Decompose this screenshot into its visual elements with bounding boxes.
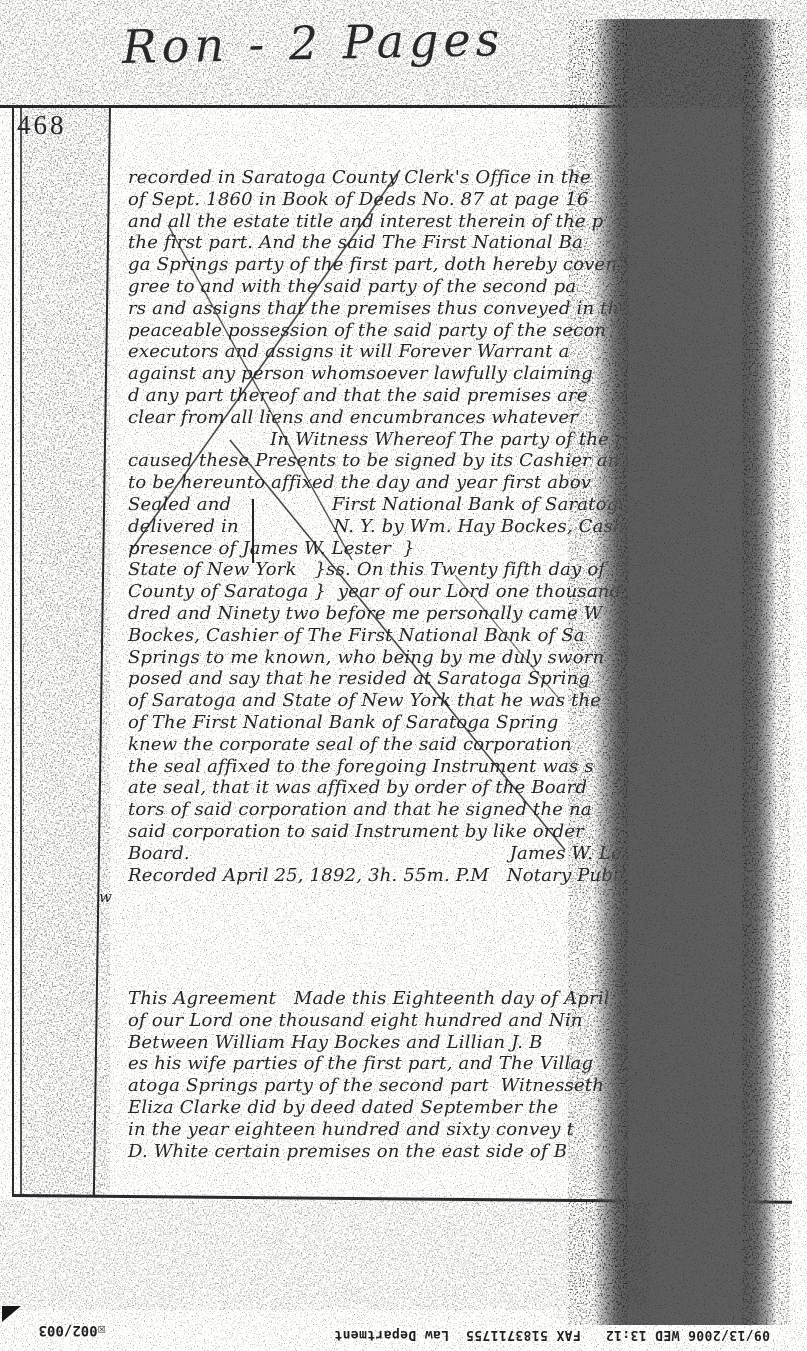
handwriting-line: of Sept. 1860 in Book of Deeds No. 87 at… [128, 189, 660, 211]
brace-line [252, 499, 254, 563]
handwriting-line: Eliza Clarke did by deed dated September… [128, 1097, 610, 1119]
handwriting-line: delivered in N. Y. by Wm. Hay Bockes, Ca… [128, 516, 660, 538]
page-box-icon: ☒ [98, 1322, 106, 1338]
handwriting-line: clear from all liens and encumbrances wh… [128, 407, 660, 429]
handwriting-line: ate seal, that it was affixed by order o… [128, 777, 660, 799]
handwriting-line: Springs to me known, who being by me dul… [128, 647, 660, 669]
handwriting-line: atoga Springs party of the second part W… [128, 1075, 610, 1097]
page-left-border-outer [12, 107, 14, 1196]
handwriting-line: against any person whomsoever lawfully c… [128, 363, 660, 385]
handwriting-line: of The First National Bank of Saratoga S… [128, 712, 660, 734]
handwriting-line: gree to and with the said party of the s… [128, 276, 660, 298]
page-top-rule [0, 105, 642, 108]
agreement-paragraph: This Agreement Made this Eighteenth day … [128, 988, 610, 1162]
handwriting-line: State of New York }ss. On this Twenty fi… [128, 559, 660, 581]
handwriting-line: In Witness Whereof The party of the firs [128, 429, 660, 451]
handwriting-line: D. White certain premises on the east si… [128, 1141, 610, 1163]
fax-header: 09/13/2006 WED 13:12 FAX 5183711755 Law … [330, 1324, 770, 1342]
handwriting-line: Board. James W. Lester [128, 843, 660, 865]
handwriting-line: County of Saratoga } year of our Lord on… [128, 581, 660, 603]
handwriting-line: Bockes, Cashier of The First National Ba… [128, 625, 660, 647]
handwriting-line: tors of said corporation and that he sig… [128, 799, 660, 821]
handwritten-note: Ron - 2 Pages [121, 12, 504, 74]
handwriting-line: of Saratoga and State of New York that h… [128, 690, 660, 712]
handwriting-line: the seal affixed to the foregoing Instru… [128, 756, 660, 778]
fax-page-counter: ☒002/003 [6, 1318, 106, 1338]
handwriting-line: Between William Hay Bockes and Lillian J… [128, 1032, 610, 1054]
handwriting-line: caused these Presents to be signed by it… [128, 450, 660, 472]
handwriting-line: to be hereunto affixed the day and year … [128, 472, 660, 494]
handwriting-line: This Agreement Made this Eighteenth day … [128, 988, 610, 1010]
handwriting-line: the first part. And the said The First N… [128, 232, 660, 254]
photocopy-dark-band [593, 19, 777, 1325]
handwriting-line: of our Lord one thousand eight hundred a… [128, 1010, 610, 1032]
scanned-document-page: Ron - 2 Pages 468 recorded in Saratoga C… [0, 0, 807, 1351]
deed-record-paragraph: recorded in Saratoga County Clerk's Offi… [128, 167, 660, 886]
handwriting-line: said corporation to said Instrument by l… [128, 821, 660, 843]
handwriting-line: and all the estate title and interest th… [128, 211, 660, 233]
handwriting-line: peaceable possession of the said party o… [128, 320, 660, 342]
handwriting-line: es his wife parties of the first part, a… [128, 1053, 610, 1075]
handwriting-line: presence of James W. Lester } [128, 538, 660, 560]
handwriting-line: in the year eighteen hundred and sixty c… [128, 1119, 610, 1141]
handwriting-line: knew the corporate seal of the said corp… [128, 734, 660, 756]
page-number: 468 [17, 110, 67, 141]
handwriting-line: rs and assigns that the premises thus co… [128, 298, 660, 320]
fax-page-counter-label: 002/003 [39, 1322, 98, 1338]
handwriting-line: ga Springs party of the first part, doth… [128, 254, 660, 276]
handwriting-line: posed and say that he resided at Saratog… [128, 668, 660, 690]
handwriting-line: Sealed and First National Bank of Sarato… [128, 494, 660, 516]
margin-mark: w [99, 888, 112, 906]
handwriting-line: d any part thereof and that the said pre… [128, 385, 660, 407]
page-left-border-inner [20, 107, 22, 1196]
handwriting-line: dred and Ninety two before me personally… [128, 603, 660, 625]
handwriting-line: recorded in Saratoga County Clerk's Offi… [128, 167, 660, 189]
handwriting-line: Recorded April 25, 1892, 3h. 55m. P.M No… [128, 865, 660, 887]
margin-column-rule [93, 107, 111, 1197]
handwriting-line: executors and assigns it will Forever Wa… [128, 341, 660, 363]
